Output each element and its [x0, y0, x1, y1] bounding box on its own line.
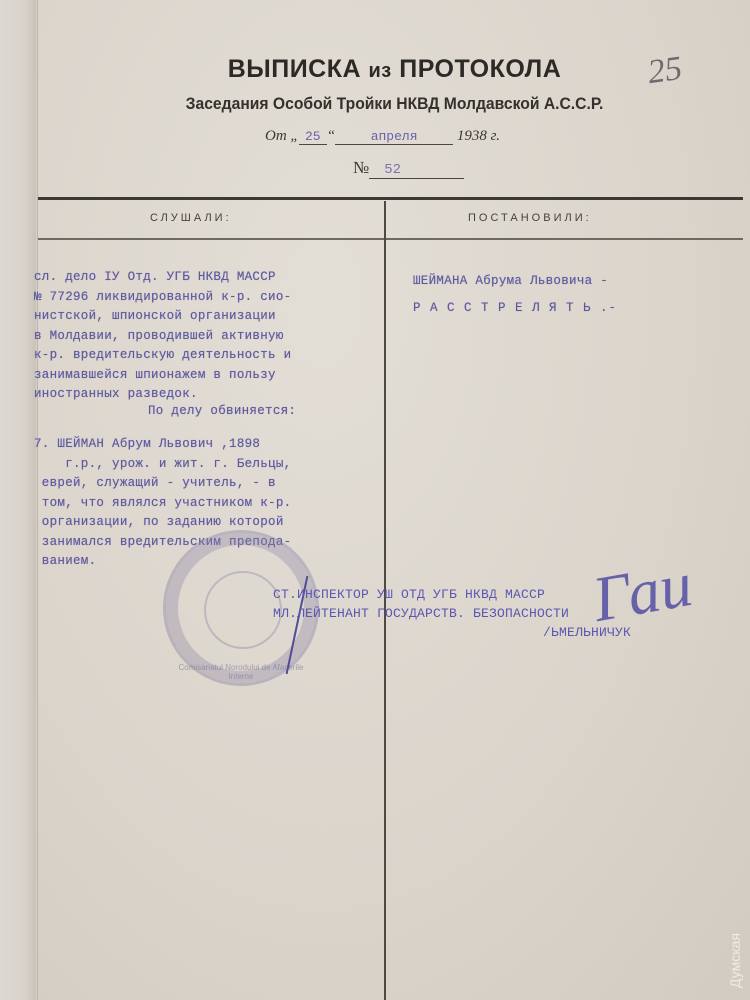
- date-prefix: От „: [265, 128, 299, 144]
- resolved-name: ШЕЙМАНА Абрума Львовича -: [413, 272, 608, 292]
- date-day-suffix: “: [327, 128, 335, 144]
- date-line: От „25“апреля 1938 г.: [265, 128, 500, 145]
- resolved-verdict: Р А С С Т Р Е Л Я Т Ь .-: [413, 299, 617, 319]
- document-subtitle: Заседания Особой Тройки НКВД Молдавской …: [56, 95, 733, 114]
- signer-name: /ЬМЕЛЬНИЧУК: [273, 623, 631, 642]
- number-line: №52: [353, 158, 464, 179]
- document-title: ВЫПИСКА из ПРОТОКОЛА: [38, 55, 750, 84]
- handwritten-signature: Гаи: [587, 547, 697, 637]
- date-year: 1938 г.: [457, 128, 500, 144]
- title-word-1: ВЫПИСКА: [228, 55, 361, 83]
- handwritten-page-number: 25: [646, 50, 685, 92]
- heard-case-text: сл. дело IУ Отд. УГБ НКВД МАССР № 77296 …: [34, 268, 291, 405]
- heard-column-header: СЛУШАЛИ:: [150, 212, 232, 224]
- date-day: 25: [299, 130, 327, 145]
- accused-heading: По делу обвиняется:: [148, 402, 296, 422]
- signer-title: СТ.ИНСПЕКТОР УШ ОТД УГБ НКВД МАССР: [273, 585, 631, 604]
- watermark: Думская: [727, 933, 743, 988]
- signer-rank: МЛ.ЛЕЙТЕНАНТ ГОСУДАРСТВ. БЕЗОПАСНОСТИ: [273, 604, 631, 623]
- date-month: апреля: [335, 130, 453, 145]
- protocol-number: 52: [369, 163, 464, 179]
- seal-emblem-icon: [204, 571, 282, 649]
- resolved-column-header: ПОСТАНОВИЛИ:: [468, 212, 592, 224]
- adjacent-page-edge: [0, 0, 36, 1000]
- protocol-page: ВЫПИСКА из ПРОТОКОЛА 25 Заседания Особой…: [37, 0, 750, 1000]
- table-top-rule: [38, 197, 743, 200]
- signature-stamp: СТ.ИНСПЕКТОР УШ ОТД УГБ НКВД МАССРМЛ.ЛЕЙ…: [273, 585, 631, 642]
- table-header-rule: [38, 238, 743, 240]
- number-label: №: [353, 158, 369, 177]
- title-word-3: ПРОТОКОЛА: [399, 55, 561, 83]
- seal-text: Comisariatul Norodului de Afacerile Inte…: [166, 663, 316, 681]
- title-word-2: из: [369, 60, 392, 82]
